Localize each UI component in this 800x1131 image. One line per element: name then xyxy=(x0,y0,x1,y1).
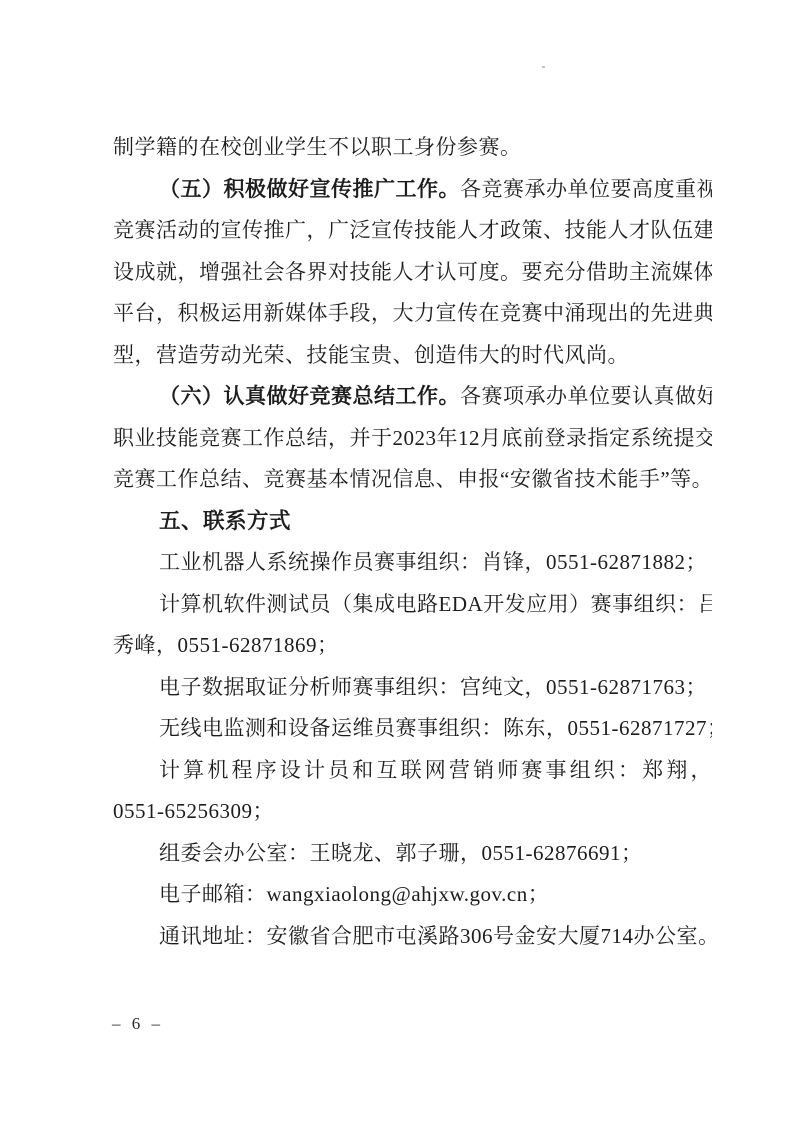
text-line: 电子数据取证分析师赛事组织：宫纯文，0551-62871763； xyxy=(113,667,712,709)
text-segment: 秀峰，0551-62871869； xyxy=(113,633,339,657)
text-line: 竞赛工作总结、竞赛基本情况信息、申报“安徽省技术能手”等。 xyxy=(113,459,712,501)
text-segment: 无线电监测和设备运维员赛事组织：陈东，0551-62871727； xyxy=(159,716,712,740)
text-line: 工业机器人系统操作员赛事组织：肖锋，0551-62871882； xyxy=(113,542,712,584)
text-line: 竞赛活动的宣传推广，广泛宣传技能人才政策、技能人才队伍建 xyxy=(113,210,712,252)
text-segment: 竞赛活动的宣传推广，广泛宣传技能人才政策、技能人才队伍建 xyxy=(113,218,712,242)
text-line: 职业技能竞赛工作总结，并于2023年12月底前登录指定系统提交 xyxy=(113,418,712,460)
text-line: 计算机程序设计员和互联网营销师赛事组织：郑翔， xyxy=(113,750,712,792)
text-line: 计算机软件测试员（集成电路EDA开发应用）赛事组织：吕 xyxy=(113,584,712,626)
text-line: 型，营造劳动光荣、技能宝贵、创造伟大的时代风尚。 xyxy=(113,335,712,377)
text-segment: 平台，积极运用新媒体手段，大力宣传在竞赛中涌现出的先进典 xyxy=(113,301,712,325)
bold-lead-text: （六）认真做好竞赛总结工作。 xyxy=(159,384,460,408)
text-line: 平台，积极运用新媒体手段，大力宣传在竞赛中涌现出的先进典 xyxy=(113,293,712,335)
text-segment: 工业机器人系统操作员赛事组织：肖锋，0551-62871882； xyxy=(159,550,707,574)
text-line: （六）认真做好竞赛总结工作。各赛项承办单位要认真做好 xyxy=(113,376,712,418)
text-segment: 型，营造劳动光荣、技能宝贵、创造伟大的时代风尚。 xyxy=(113,343,629,367)
document-page: 制学籍的在校创业学生不以职工身份参赛。（五）积极做好宣传推广工作。各竞赛承办单位… xyxy=(0,0,800,1131)
text-line: （五）积极做好宣传推广工作。各竞赛承办单位要高度重视 xyxy=(113,169,712,211)
section-heading: 五、联系方式 xyxy=(113,501,712,543)
text-line: 秀峰，0551-62871869； xyxy=(113,625,712,667)
bold-lead-text: 五、联系方式 xyxy=(159,509,291,533)
text-segment: 电子数据取证分析师赛事组织：宫纯文，0551-62871763； xyxy=(159,675,707,699)
text-line: 0551-65256309； xyxy=(113,791,712,833)
text-segment: 组委会办公室：王晓龙、郭子珊，0551-62876691； xyxy=(159,841,643,865)
text-line: 通讯地址：安徽省合肥市屯溪路306号金安大厦714办公室。 xyxy=(113,916,712,958)
page-number: – 6 – xyxy=(112,1012,161,1036)
text-segment: 职业技能竞赛工作总结，并于2023年12月底前登录指定系统提交 xyxy=(113,426,712,450)
document-body: 制学籍的在校创业学生不以职工身份参赛。（五）积极做好宣传推广工作。各竞赛承办单位… xyxy=(113,127,712,957)
scan-artifact-speck xyxy=(542,66,545,68)
text-line: 设成就，增强社会各界对技能人才认可度。要充分借助主流媒体 xyxy=(113,252,712,294)
text-segment: 竞赛工作总结、竞赛基本情况信息、申报“安徽省技术能手”等。 xyxy=(113,467,712,491)
text-segment: 制学籍的在校创业学生不以职工身份参赛。 xyxy=(113,135,522,159)
text-segment: 通讯地址：安徽省合肥市屯溪路306号金安大厦714办公室。 xyxy=(159,924,712,948)
text-segment: 0551-65256309； xyxy=(113,799,274,823)
text-segment: 各赛项承办单位要认真做好 xyxy=(460,384,712,408)
text-line: 组委会办公室：王晓龙、郭子珊，0551-62876691； xyxy=(113,833,712,875)
text-line: 无线电监测和设备运维员赛事组织：陈东，0551-62871727； xyxy=(113,708,712,750)
text-segment: 各竞赛承办单位要高度重视 xyxy=(460,177,712,201)
bold-lead-text: （五）积极做好宣传推广工作。 xyxy=(159,177,460,201)
text-segment: 计算机软件测试员（集成电路EDA开发应用）赛事组织：吕 xyxy=(159,592,712,616)
text-segment: 计算机程序设计员和互联网营销师赛事组织：郑翔， xyxy=(159,758,712,782)
text-segment: 电子邮箱：wangxiaolong@ahjxw.gov.cn； xyxy=(159,882,549,906)
text-line: 制学籍的在校创业学生不以职工身份参赛。 xyxy=(113,127,712,169)
text-segment: 设成就，增强社会各界对技能人才认可度。要充分借助主流媒体 xyxy=(113,260,712,284)
text-line: 电子邮箱：wangxiaolong@ahjxw.gov.cn； xyxy=(113,874,712,916)
